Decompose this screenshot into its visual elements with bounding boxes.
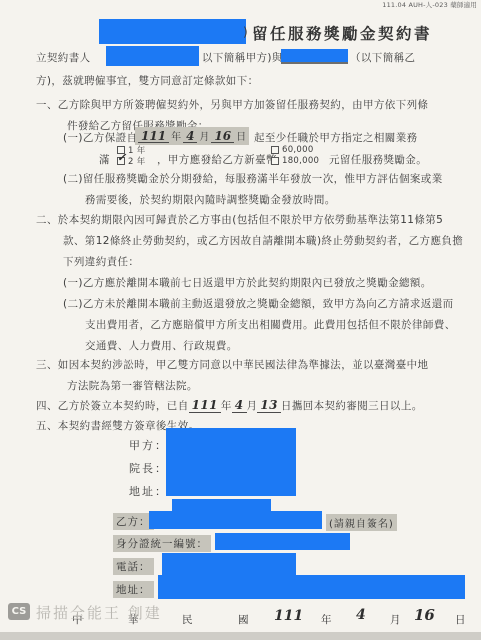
clause-2-line-3: 下列違約責任： bbox=[63, 255, 139, 269]
party-b-name-redaction bbox=[281, 49, 348, 64]
option-2-year: ✓ 2 年 bbox=[117, 156, 146, 166]
start-date-year-label: 年 bbox=[171, 128, 181, 143]
footer-month-label: 月 bbox=[390, 612, 402, 627]
footer-month-value: 4 bbox=[356, 607, 366, 623]
party-b-phone-label: 電話： bbox=[113, 558, 154, 575]
option-2-year-label: 2 年 bbox=[128, 155, 146, 167]
clause-4: 四、乙方於簽立本契約時，已自111年4月13日攜回本契約審閱三日以上。 bbox=[36, 399, 423, 413]
review-date-year-label: 年 bbox=[221, 400, 232, 412]
review-date-day-label: 日 bbox=[281, 400, 292, 412]
intro-tail: （以下簡稱乙 bbox=[350, 51, 415, 65]
footer-char-guo: 國 bbox=[238, 612, 250, 627]
title-paren: ) bbox=[243, 25, 248, 39]
checkbox-180000-icon bbox=[271, 157, 279, 165]
option-amount-60000: 60,000 bbox=[271, 145, 319, 155]
start-date-month-label: 月 bbox=[199, 128, 209, 143]
party-b-id-label: 身分證統一編號： bbox=[113, 535, 211, 552]
intro-line-2: 方)，茲就聘僱事宜，雙方同意訂定條款如下： bbox=[36, 74, 259, 88]
party-b-phone-redaction bbox=[162, 553, 296, 575]
check-icon: ✓ bbox=[117, 152, 127, 163]
clause-2-item-2-line-3: 交通費、人力費用、行政規費。 bbox=[85, 339, 238, 353]
clause-1-item-2-line-1: (二)留任服務獎勵金於分期發給，每服務滿半年發放一次，惟甲方評估個案或業 bbox=[63, 172, 443, 186]
start-date-day-label: 日 bbox=[236, 128, 246, 143]
clause-3-line-1: 三、如因本契約涉訟時，甲乙雙方同意以中華民國法律為準據法，並以臺灣臺中地 bbox=[36, 358, 428, 372]
award-amount-options: 60,000 180,000 bbox=[271, 145, 319, 166]
clause-2-line-1: 二、於本契約期限內因可歸責於乙方事由(包括但不限於甲方依勞動基準法第11條第5 bbox=[36, 213, 443, 227]
title-org-name-redaction bbox=[99, 19, 246, 44]
party-b-id-redaction bbox=[215, 533, 350, 550]
clause-2-item-2-line-2: 支出費用者，乙方應賠償甲方所支出相關費用。此費用包括但不限於律師費、 bbox=[85, 318, 456, 332]
party-b-address-label: 地址： bbox=[113, 581, 154, 598]
award-mid-text: ，甲方應發給乙方新臺幣 bbox=[157, 153, 277, 167]
party-b-label: 乙方： bbox=[113, 513, 154, 530]
party-a-info-redaction bbox=[166, 428, 296, 496]
clause-4-pre: 四、乙方於簽立本契約時，已自 bbox=[36, 400, 189, 412]
intro-lead: 立契約書人 bbox=[36, 51, 91, 65]
option-amount-180000: 180,000 bbox=[271, 156, 319, 166]
intro-mid: 以下簡稱甲方)與 bbox=[202, 51, 283, 65]
contract-title: 留任服務獎勵金契約書 bbox=[252, 22, 432, 44]
clause-3-line-2: 方法院為第一審管轄法院。 bbox=[67, 379, 198, 393]
service-years-options: 1 年 ✓ 2 年 bbox=[117, 145, 146, 166]
option-amount-60000-label: 60,000 bbox=[282, 145, 314, 155]
footer-year-value: 111 bbox=[274, 608, 303, 624]
scan-edge-strip bbox=[0, 632, 481, 640]
review-date-year-value: 111 bbox=[189, 398, 221, 413]
form-reference-code: 111.04 AUH-人-023 藥師適用 bbox=[382, 0, 477, 9]
camscanner-watermark-text: 掃描全能王 創建 bbox=[36, 602, 162, 623]
clause-2-item-1: (一)乙方應於離開本職前七日返還甲方於此契約期限內已發放之獎勵金總額。 bbox=[63, 276, 432, 290]
full-label: 滿 bbox=[99, 153, 110, 167]
party-a-name-redaction bbox=[106, 46, 199, 66]
award-tail-text: 元留任服務獎勵金。 bbox=[329, 153, 427, 167]
clause-2-line-2: 款、第12條終止勞動契約，或乙方因故自請離開本職)終止勞動契約者，乙方應負擔 bbox=[63, 234, 463, 248]
clause-1-item-2-line-2: 務需要後，於契約期限內隨時調整獎勵金發放時間。 bbox=[85, 193, 336, 207]
footer-year-label: 年 bbox=[321, 612, 333, 627]
party-b-address-redaction bbox=[158, 575, 465, 599]
start-date-year-value: 111 bbox=[138, 130, 169, 143]
footer-char-min: 民 bbox=[182, 612, 194, 627]
checkbox-2-year-icon: ✓ bbox=[117, 157, 125, 165]
clause-1-item-1-pre: (一)乙方保證自 bbox=[63, 131, 137, 145]
scanned-contract-page: 111.04 AUH-人-023 藥師適用 ) 留任服務獎勵金契約書 立契約書人… bbox=[0, 0, 481, 640]
clause-1-line-1: 一、乙方除與甲方所簽聘僱契約外，另與甲方加簽留任服務契約，由甲方依下列條 bbox=[36, 98, 428, 112]
party-a-label: 甲方： bbox=[129, 437, 168, 453]
review-date-month-value: 4 bbox=[232, 398, 247, 413]
checkbox-60000-icon bbox=[271, 146, 279, 154]
review-date-day-value: 13 bbox=[257, 398, 281, 413]
clause-4-post: 攜回本契約審閱三日以上。 bbox=[292, 400, 423, 412]
start-date-day-value: 16 bbox=[211, 130, 234, 143]
party-a-director-label: 院長： bbox=[129, 460, 168, 476]
clause-1-item-1-post: 起至少任職於甲方指定之相關業務 bbox=[254, 131, 418, 145]
review-date-month-label: 月 bbox=[247, 400, 258, 412]
camscanner-badge-icon: CS bbox=[8, 603, 30, 620]
start-date-month-value: 4 bbox=[183, 130, 197, 143]
footer-day-value: 16 bbox=[414, 606, 435, 624]
start-date-box: 111 年 4 月 16 日 bbox=[135, 127, 249, 145]
sign-in-person-note: (請親自簽名) bbox=[326, 514, 397, 531]
footer-day-label: 日 bbox=[455, 612, 467, 627]
clause-2-item-2-line-1: (二)乙方未於離開本職前主動返還發放之獎勵金總額，致甲方為向乙方請求返還而 bbox=[63, 297, 454, 311]
option-amount-180000-label: 180,000 bbox=[282, 156, 319, 166]
party-a-address-label: 地址： bbox=[129, 483, 168, 499]
party-b-signature-redaction bbox=[149, 511, 322, 529]
